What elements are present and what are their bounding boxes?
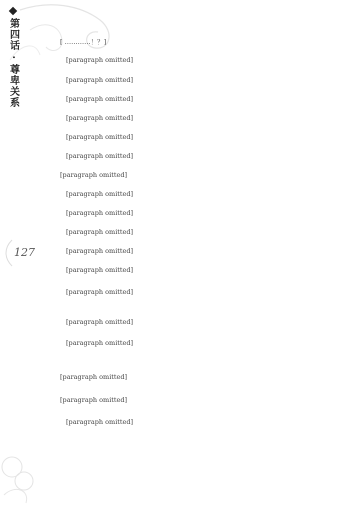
paragraph: [paragraph omitted] xyxy=(60,418,335,427)
paragraph: [paragraph omitted] xyxy=(60,152,335,161)
paragraph: [paragraph omitted] xyxy=(60,339,335,348)
paragraph: [paragraph omitted] xyxy=(60,318,335,327)
paragraph: [paragraph omitted] xyxy=(60,288,335,297)
chapter-sidebar: 第四话 · 尊卑关系 xyxy=(4,8,22,108)
diamond-bullet-icon xyxy=(9,7,17,15)
paragraph: [paragraph omitted] xyxy=(60,266,335,275)
paragraph: [paragraph omitted] xyxy=(60,133,335,142)
paragraph: [paragraph omitted] xyxy=(60,373,335,382)
chapter-title: 第四话 · 尊卑关系 xyxy=(6,18,21,108)
paragraph: [paragraph omitted] xyxy=(60,171,335,180)
paragraph: [paragraph omitted] xyxy=(60,76,335,85)
paragraph: [paragraph omitted] xyxy=(60,209,335,218)
paragraph: [ …………！？] xyxy=(60,38,335,47)
bottom-left-flourish xyxy=(0,445,60,509)
paragraph: [paragraph omitted] xyxy=(60,396,335,405)
paragraph: [paragraph omitted] xyxy=(60,247,335,256)
paragraph: [paragraph omitted] xyxy=(60,95,335,104)
paragraph: [paragraph omitted] xyxy=(60,228,335,237)
page-number: 127 xyxy=(14,246,35,259)
paragraph: [paragraph omitted] xyxy=(60,114,335,123)
paragraph: [paragraph omitted] xyxy=(60,190,335,199)
paragraph: [paragraph omitted] xyxy=(60,56,335,65)
